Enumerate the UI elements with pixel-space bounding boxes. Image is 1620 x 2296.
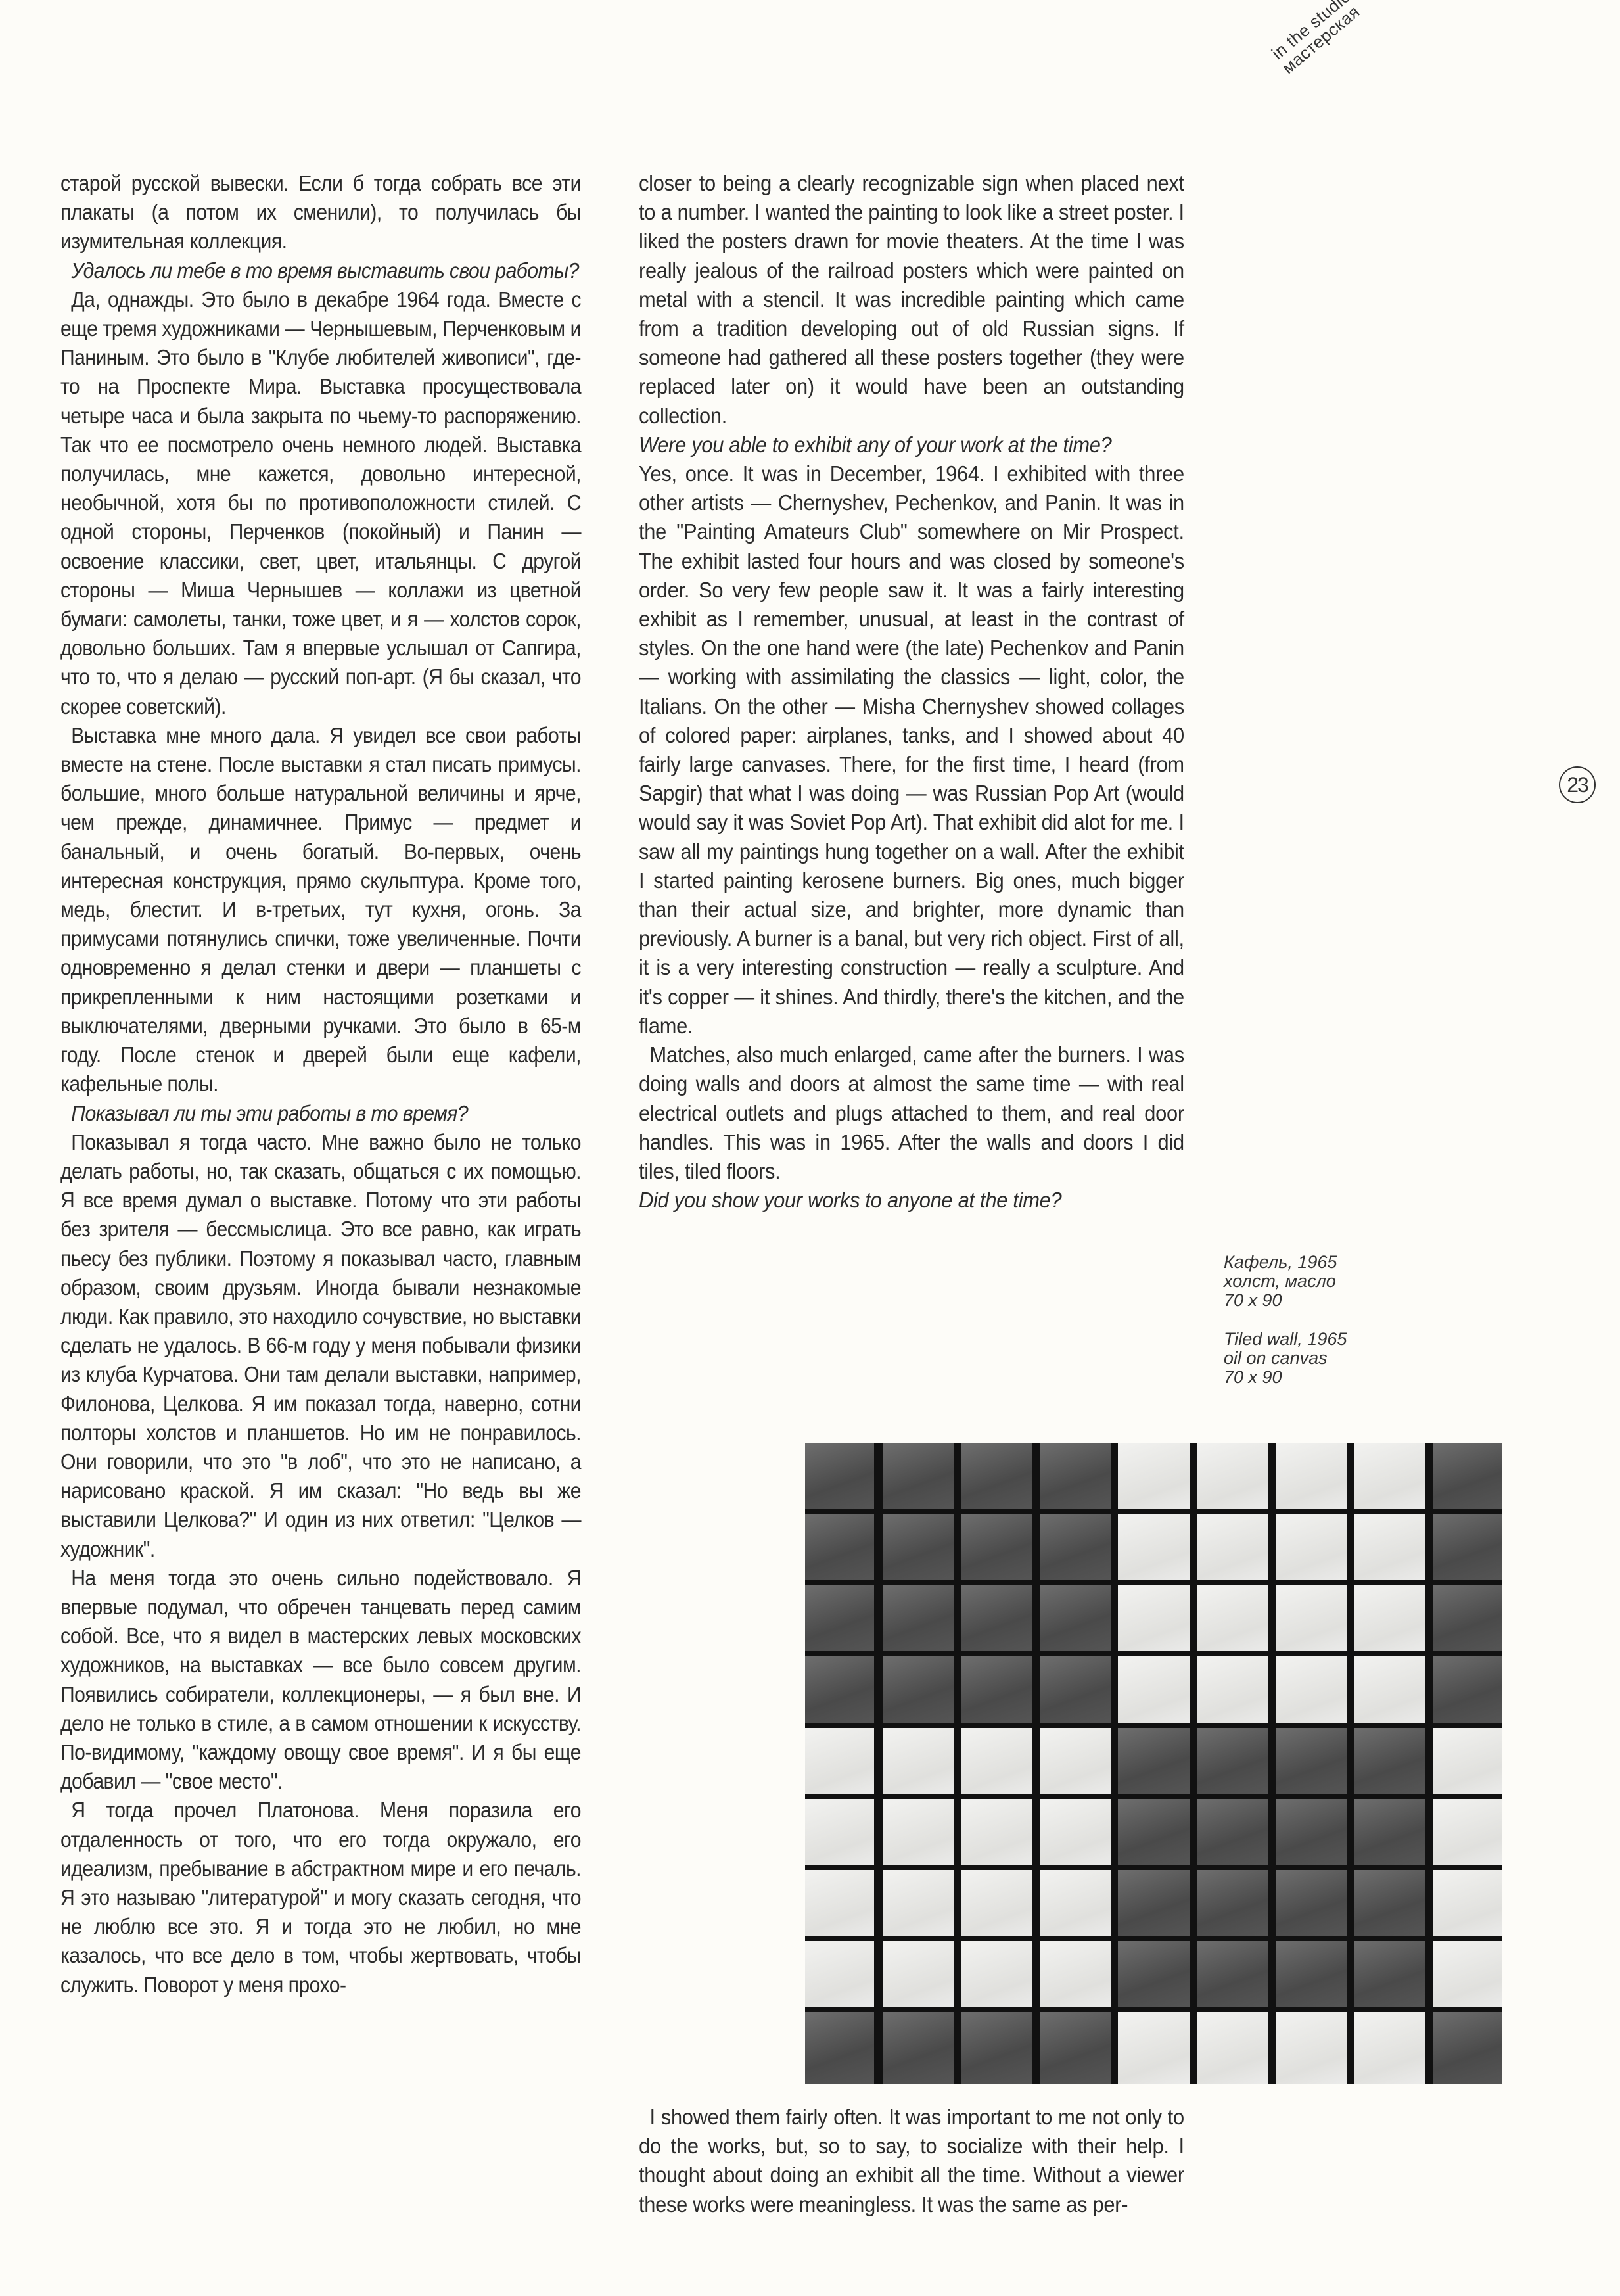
tile xyxy=(961,1443,1032,1509)
tile xyxy=(883,1656,954,1723)
tile xyxy=(1433,1728,1502,1794)
paragraph: I showed them fairly often. It was impor… xyxy=(639,2103,1184,2220)
tile xyxy=(1433,2012,1502,2084)
interview-question: Удалось ли тебе в то время выставить сво… xyxy=(60,257,581,286)
tile xyxy=(805,1941,874,2007)
caption-ru-size: 70 x 90 xyxy=(1224,1291,1347,1310)
tile xyxy=(1433,1941,1502,2007)
tile xyxy=(1040,1941,1111,2007)
tile xyxy=(1354,1656,1425,1723)
interview-question: Did you show your works to anyone at the… xyxy=(639,1186,1184,1215)
tile xyxy=(883,1514,954,1580)
tile xyxy=(1433,1585,1502,1651)
tile xyxy=(1276,1656,1347,1723)
page-number: 23 xyxy=(1559,766,1596,803)
paragraph: старой русской вывески. Если б тогда соб… xyxy=(60,170,581,257)
tile xyxy=(1118,1728,1190,1794)
tile xyxy=(805,1514,874,1580)
tile xyxy=(1118,1514,1190,1580)
tile xyxy=(1354,1514,1425,1580)
tile xyxy=(1197,1656,1268,1723)
tile xyxy=(961,1799,1032,1865)
paragraph: Показывал я тогда часто. Мне важно было … xyxy=(60,1129,581,1564)
paragraph: Да, однажды. Это было в декабре 1964 год… xyxy=(60,286,581,722)
interview-question: Were you able to exhibit any of your wor… xyxy=(639,431,1184,460)
caption-ru-title: Кафель, 1965 xyxy=(1224,1253,1347,1272)
paragraph: closer to being a clearly recognizable s… xyxy=(639,170,1184,431)
paragraph: Я тогда прочел Платонова. Меня поразила … xyxy=(60,1796,581,2000)
tile xyxy=(961,1870,1032,1936)
caption-ru: Кафель, 1965 холст, масло 70 x 90 xyxy=(1224,1253,1347,1310)
tile xyxy=(805,1728,874,1794)
tile xyxy=(1354,1443,1425,1509)
tile xyxy=(1276,1443,1347,1509)
tile xyxy=(1118,1799,1190,1865)
tile xyxy=(805,1585,874,1651)
tile xyxy=(883,2012,954,2084)
tile xyxy=(1197,1941,1268,2007)
tile xyxy=(1354,1585,1425,1651)
paragraph: Yes, once. It was in December, 1964. I e… xyxy=(639,460,1184,1041)
english-text-column: closer to being a clearly recognizable s… xyxy=(639,170,1184,1215)
tile xyxy=(1118,1585,1190,1651)
tile xyxy=(1276,1799,1347,1865)
paragraph: Matches, also much enlarged, came after … xyxy=(639,1041,1184,1186)
tile xyxy=(1197,1728,1268,1794)
tile xyxy=(1040,1585,1111,1651)
tile xyxy=(1118,1443,1190,1509)
tile xyxy=(961,1514,1032,1580)
tile xyxy=(1354,1941,1425,2007)
tile xyxy=(1118,1941,1190,2007)
tile xyxy=(1040,1443,1111,1509)
tile xyxy=(1118,1656,1190,1723)
artwork-tiled-wall-image xyxy=(805,1443,1502,2084)
tile xyxy=(1276,1870,1347,1936)
tile xyxy=(805,1443,874,1509)
tile xyxy=(1433,1443,1502,1509)
tile xyxy=(805,1870,874,1936)
tile xyxy=(805,1799,874,1865)
caption-en: Tiled wall, 1965 oil on canvas 70 x 90 xyxy=(1224,1330,1347,1387)
tile xyxy=(805,1656,874,1723)
tile xyxy=(1276,1941,1347,2007)
tile xyxy=(1433,1799,1502,1865)
caption-en-title: Tiled wall, 1965 xyxy=(1224,1330,1347,1349)
tile xyxy=(1040,1870,1111,1936)
tile xyxy=(1276,1728,1347,1794)
tile xyxy=(883,1585,954,1651)
tile xyxy=(1354,1799,1425,1865)
tile xyxy=(961,1585,1032,1651)
tile xyxy=(1197,1514,1268,1580)
tile xyxy=(1433,1514,1502,1580)
tile xyxy=(1040,1656,1111,1723)
tile xyxy=(1040,1728,1111,1794)
caption-en-medium: oil on canvas xyxy=(1224,1349,1347,1368)
tile xyxy=(1040,1799,1111,1865)
tile xyxy=(1197,1799,1268,1865)
tile xyxy=(961,2012,1032,2084)
tile xyxy=(883,1728,954,1794)
tile xyxy=(1354,1728,1425,1794)
page-number-value: 23 xyxy=(1567,773,1588,797)
caption-ru-medium: холст, масло xyxy=(1224,1272,1347,1291)
tile xyxy=(1276,2012,1347,2084)
tile xyxy=(1197,1870,1268,1936)
tile xyxy=(1197,2012,1268,2084)
tile xyxy=(1197,1585,1268,1651)
tile xyxy=(1354,2012,1425,2084)
tile xyxy=(1276,1585,1347,1651)
tile xyxy=(883,1799,954,1865)
tile xyxy=(1433,1870,1502,1936)
tile xyxy=(961,1656,1032,1723)
caption-en-size: 70 x 90 xyxy=(1224,1368,1347,1387)
tile xyxy=(961,1941,1032,2007)
tile xyxy=(883,1870,954,1936)
tile xyxy=(805,2012,874,2084)
tile xyxy=(1354,1870,1425,1936)
section-tag: in the studio мастерская xyxy=(1268,0,1365,76)
tile xyxy=(1040,1514,1111,1580)
tile xyxy=(1118,2012,1190,2084)
paragraph: На меня тогда это очень сильно подейство… xyxy=(60,1564,581,1797)
tile xyxy=(1197,1443,1268,1509)
tile xyxy=(1040,2012,1111,2084)
artwork-caption: Кафель, 1965 холст, масло 70 x 90 Tiled … xyxy=(1224,1253,1347,1387)
tile xyxy=(883,1941,954,2007)
interview-question: Показывал ли ты эти работы в то время? xyxy=(60,1100,581,1129)
tile xyxy=(1433,1656,1502,1723)
russian-text-column: старой русской вывески. Если б тогда соб… xyxy=(60,170,581,2000)
tile xyxy=(1118,1870,1190,1936)
tile xyxy=(883,1443,954,1509)
english-text-continuation: I showed them fairly often. It was impor… xyxy=(639,2103,1184,2220)
paragraph: Выставка мне много дала. Я увидел все св… xyxy=(60,722,581,1100)
tile xyxy=(1276,1514,1347,1580)
tile xyxy=(961,1728,1032,1794)
